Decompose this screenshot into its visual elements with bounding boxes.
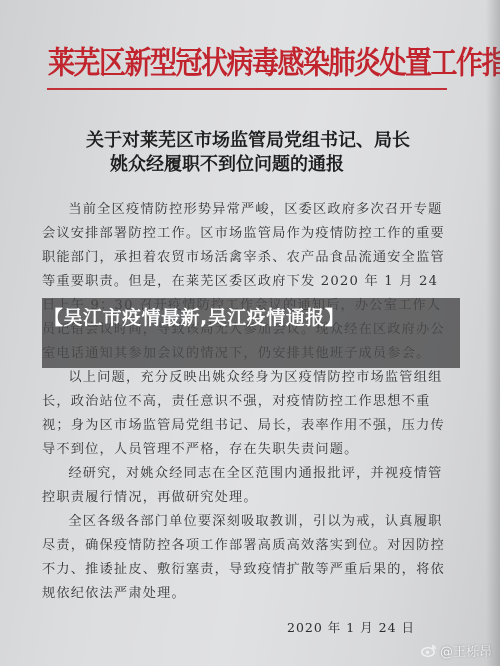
- body-paragraph-2: 以上问题，充分反映出姚众经身为区疫情防控市场监管组组长，政治站位不高，责任意识不…: [42, 366, 452, 462]
- document-title-line-2: 姚众经履职不到位问题的通报: [110, 150, 410, 176]
- issuing-organization-header: 莱芜区新型冠状病毒感染肺炎处置工作指挥部: [48, 38, 448, 83]
- document-date: 2020 年 1 月 24 日: [287, 618, 415, 636]
- document-page: 莱芜区新型冠状病毒感染肺炎处置工作指挥部 关于对莱芜区市场监管局党组书记、局长 …: [0, 0, 500, 666]
- red-header-rule: [47, 88, 447, 90]
- headline-overlay-title: 【吴江市疫情最新,吴江疫情通报】: [44, 305, 424, 332]
- document-title-line-1: 关于对莱芜区市场监管局党组书记、局长: [86, 126, 466, 152]
- document-body: 当前全区疫情防控形势异常严峻，区委区政府多次召开专题会议安排部署防控工作。区市场…: [42, 198, 452, 606]
- weibo-watermark: @王栎昂: [421, 641, 492, 660]
- body-paragraph-4: 全区各级各部门单位要深刻吸取教训，引以为戒，认真履职尽责，确保疫情防控各项工作部…: [42, 510, 452, 606]
- weibo-icon: [421, 644, 437, 657]
- body-paragraph-3: 经研究，对姚众经同志在全区范围内通报批评，并视疫情管控职责履行情况，再做研究处理…: [42, 462, 452, 510]
- watermark-handle: @王栎昂: [440, 641, 492, 660]
